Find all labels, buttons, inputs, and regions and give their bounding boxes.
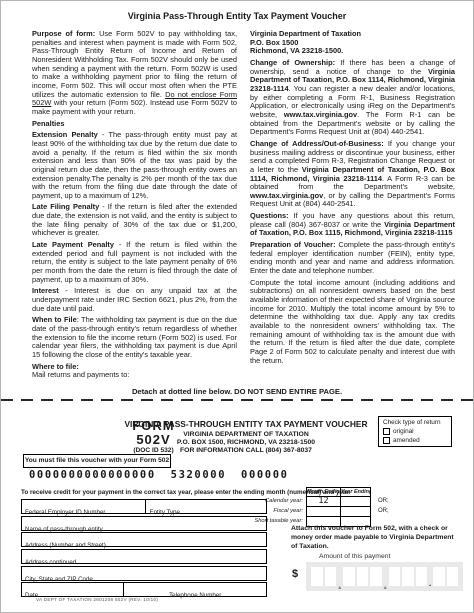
text-run: P.O. Box 1500 <box>250 38 298 47</box>
year-ending-cell[interactable] <box>341 507 371 517</box>
input-federal-employer-id-number[interactable]: Federal Employer ID Number <box>22 500 146 513</box>
voucher-fields: Federal Employer ID NumberEntity TypeNam… <box>21 499 267 599</box>
instructions-section: Purpose of form: Use Form 502V to pay wi… <box>32 30 456 386</box>
text-run: Use Form 502V to pay withholding tax, pe… <box>32 30 237 99</box>
text-run: Preparation of Voucher: <box>250 240 338 249</box>
form-footer: VA DEPT OF TAXATION 2601208 502V (REV. 1… <box>36 597 158 602</box>
period-row-label: Fiscal year: <box>244 506 306 516</box>
input-telephone-number[interactable]: Telephone Number <box>124 583 266 596</box>
text-run: Change of Ownership: <box>250 58 340 67</box>
or-label: OR; <box>378 496 389 506</box>
detach-instruction: Detach at dotted line below. DO NOT SEND… <box>1 387 473 396</box>
paragraph: Purpose of form: Use Form 502V to pay wi… <box>32 30 237 117</box>
text-run: www.tax.virginia.gov <box>250 191 323 200</box>
period-grid: Month EndingYear Ending12 <box>306 487 371 527</box>
field-row: Address continued <box>21 549 267 564</box>
amount-digit-box[interactable] <box>325 567 337 586</box>
left-column: Purpose of form: Use Form 502V to pay wi… <box>32 30 237 386</box>
amount-digit-box[interactable] <box>416 567 428 586</box>
amount-entry-box[interactable]: ▲▲. <box>306 562 463 591</box>
ocr-scanline: 0000000000000000 5320000 000000 <box>29 469 289 481</box>
voucher-title: VIRGINIA PASS-THROUGH ENTITY TAX PAYMENT… <box>101 419 391 429</box>
checkbox-label: original <box>393 427 414 436</box>
field-label: Telephone Number <box>169 592 221 599</box>
year-ending-header: Year Ending <box>341 488 371 497</box>
comma-marker-icon: ▲ <box>337 585 342 591</box>
checkbox-icon[interactable] <box>383 437 390 444</box>
field-label: Address (Number and Street) <box>25 542 106 549</box>
field-row: Name of pass-through entity <box>21 516 267 531</box>
decimal-point: . <box>429 579 431 588</box>
text-run: Interest <box>32 286 59 295</box>
month-ending-cell[interactable]: 12 <box>307 497 341 507</box>
text-run: with your return (Form 502). Instead use… <box>32 98 237 116</box>
field-row: Address (Number and Street) <box>21 532 267 547</box>
text-run: Questions: <box>250 211 294 220</box>
text-run: Late Payment Penalty <box>32 240 114 249</box>
paragraph: Compute the total income amount (includi… <box>250 279 455 366</box>
field-label: City, State and ZIP Code <box>25 576 93 583</box>
field-label: Entity Type <box>149 509 180 516</box>
detach-dashed-line <box>1 399 474 401</box>
amount-digit-box[interactable] <box>370 567 382 586</box>
dollar-sign: $ <box>292 568 298 580</box>
paragraph: Late Payment Penalty - If the return is … <box>32 241 237 284</box>
check-type-box: Check type of return originalamended <box>378 416 452 447</box>
text-run: Penalties <box>32 119 64 128</box>
amount-cent-box[interactable] <box>447 567 459 586</box>
tax-form-page: Virginia Pass-Through Entity Tax Payment… <box>0 0 474 613</box>
field-label: Address continued <box>25 559 76 566</box>
text-run: Richmond, VA 23218-1500. <box>250 46 343 55</box>
input-address-number-and-street[interactable]: Address (Number and Street) <box>22 533 266 546</box>
amount-digit-box[interactable] <box>343 567 355 586</box>
return-type-option-amended[interactable]: amended <box>383 436 447 445</box>
field-label: Name of pass-through entity <box>25 526 103 533</box>
return-type-option-original[interactable]: original <box>383 427 447 436</box>
period-table: Calendar year:Fiscal year:Short taxable … <box>244 487 389 527</box>
paragraph: Change of Ownership: If there has been a… <box>250 59 455 137</box>
input-name-of-pass-through-entity[interactable]: Name of pass-through entity <box>22 517 266 530</box>
period-labels: Calendar year:Fiscal year:Short taxable … <box>244 487 306 526</box>
paragraph: Mail returns and payments to: <box>32 371 237 380</box>
input-date[interactable]: Date <box>22 583 124 596</box>
year-ending-cell[interactable] <box>341 497 371 507</box>
text-run: - Interest is due on any unpaid tax at t… <box>32 286 237 312</box>
dept-line-2: P.O. BOX 1500, RICHMOND, VA 23218-1500 <box>101 439 391 447</box>
period-or-column: OR;OR; <box>371 487 389 526</box>
right-column: Virginia Department of TaxationP.O. Box … <box>250 30 455 386</box>
comma-marker-icon: ▲ <box>383 585 388 591</box>
text-run: Change of Address/Out-of-Business: <box>250 139 388 148</box>
check-type-options: originalamended <box>383 427 447 445</box>
text-run: www.tax.virginia.gov <box>284 110 357 119</box>
field-row: City, State and ZIP Code <box>21 566 267 581</box>
amount-label: Amount of this payment <box>319 553 390 560</box>
must-file-notice: You must file this voucher with your For… <box>23 454 171 468</box>
text-run: Compute the total income amount (includi… <box>250 278 455 365</box>
attach-note: Attach this voucher to Form 502, with a … <box>291 525 456 551</box>
amount-digit-box[interactable] <box>311 567 323 586</box>
voucher-section: FORM 502V (DOC ID 532) VIRGINIA PASS-THR… <box>1 403 474 613</box>
text-run: Extension Penalty <box>32 130 98 139</box>
paragraph: Interest - Interest is due on any unpaid… <box>32 287 237 313</box>
dept-line-1: VIRGINIA DEPARTMENT OF TAXATION <box>101 431 391 439</box>
paragraph: When to File: The withholding tax paymen… <box>32 316 237 359</box>
page-title: Virginia Pass-Through Entity Tax Payment… <box>1 11 473 21</box>
paragraph: Richmond, VA 23218-1500. <box>250 47 455 56</box>
text-run: When to File <box>32 315 77 324</box>
voucher-header: VIRGINIA PASS-THROUGH ENTITY TAX PAYMENT… <box>101 419 391 455</box>
paragraph: Penalties <box>32 120 237 129</box>
checkbox-label: amended <box>393 436 420 445</box>
paragraph: Preparation of Voucher: Complete the pas… <box>250 241 455 276</box>
paragraph: Change of Address/Out-of-Business: If yo… <box>250 140 455 209</box>
month-ending-cell[interactable] <box>307 507 341 517</box>
paragraph: Questions: If you have any questions abo… <box>250 212 455 238</box>
checkbox-icon[interactable] <box>383 428 390 435</box>
paragraph: Extension Penalty - The pass-through ent… <box>32 131 237 200</box>
amount-cent-box[interactable] <box>433 567 445 586</box>
or-label: OR; <box>378 506 389 516</box>
text-run: - The pass-through entity must pay at le… <box>32 130 237 200</box>
field-label: Federal Employer ID Number <box>25 509 105 516</box>
period-row-label: Calendar year: <box>244 496 306 506</box>
input-address-continued[interactable]: Address continued <box>22 550 266 563</box>
input-city-state-and-zip-code[interactable]: City, State and ZIP Code <box>22 567 266 580</box>
field-row: Federal Employer ID NumberEntity Type <box>21 499 267 514</box>
paragraph: Late Filing Penalty - If the return is f… <box>32 203 237 238</box>
amount-digit-box[interactable] <box>357 567 369 586</box>
text-run: Late Filing Penalty <box>32 202 99 211</box>
amount-digit-box[interactable] <box>389 567 401 586</box>
text-run: Mail returns and payments to: <box>32 370 129 379</box>
text-run: Where to file: <box>32 362 79 371</box>
check-type-title: Check type of return <box>383 419 447 426</box>
field-row: DateTelephone Number <box>21 582 267 597</box>
amount-digit-box[interactable] <box>402 567 414 586</box>
